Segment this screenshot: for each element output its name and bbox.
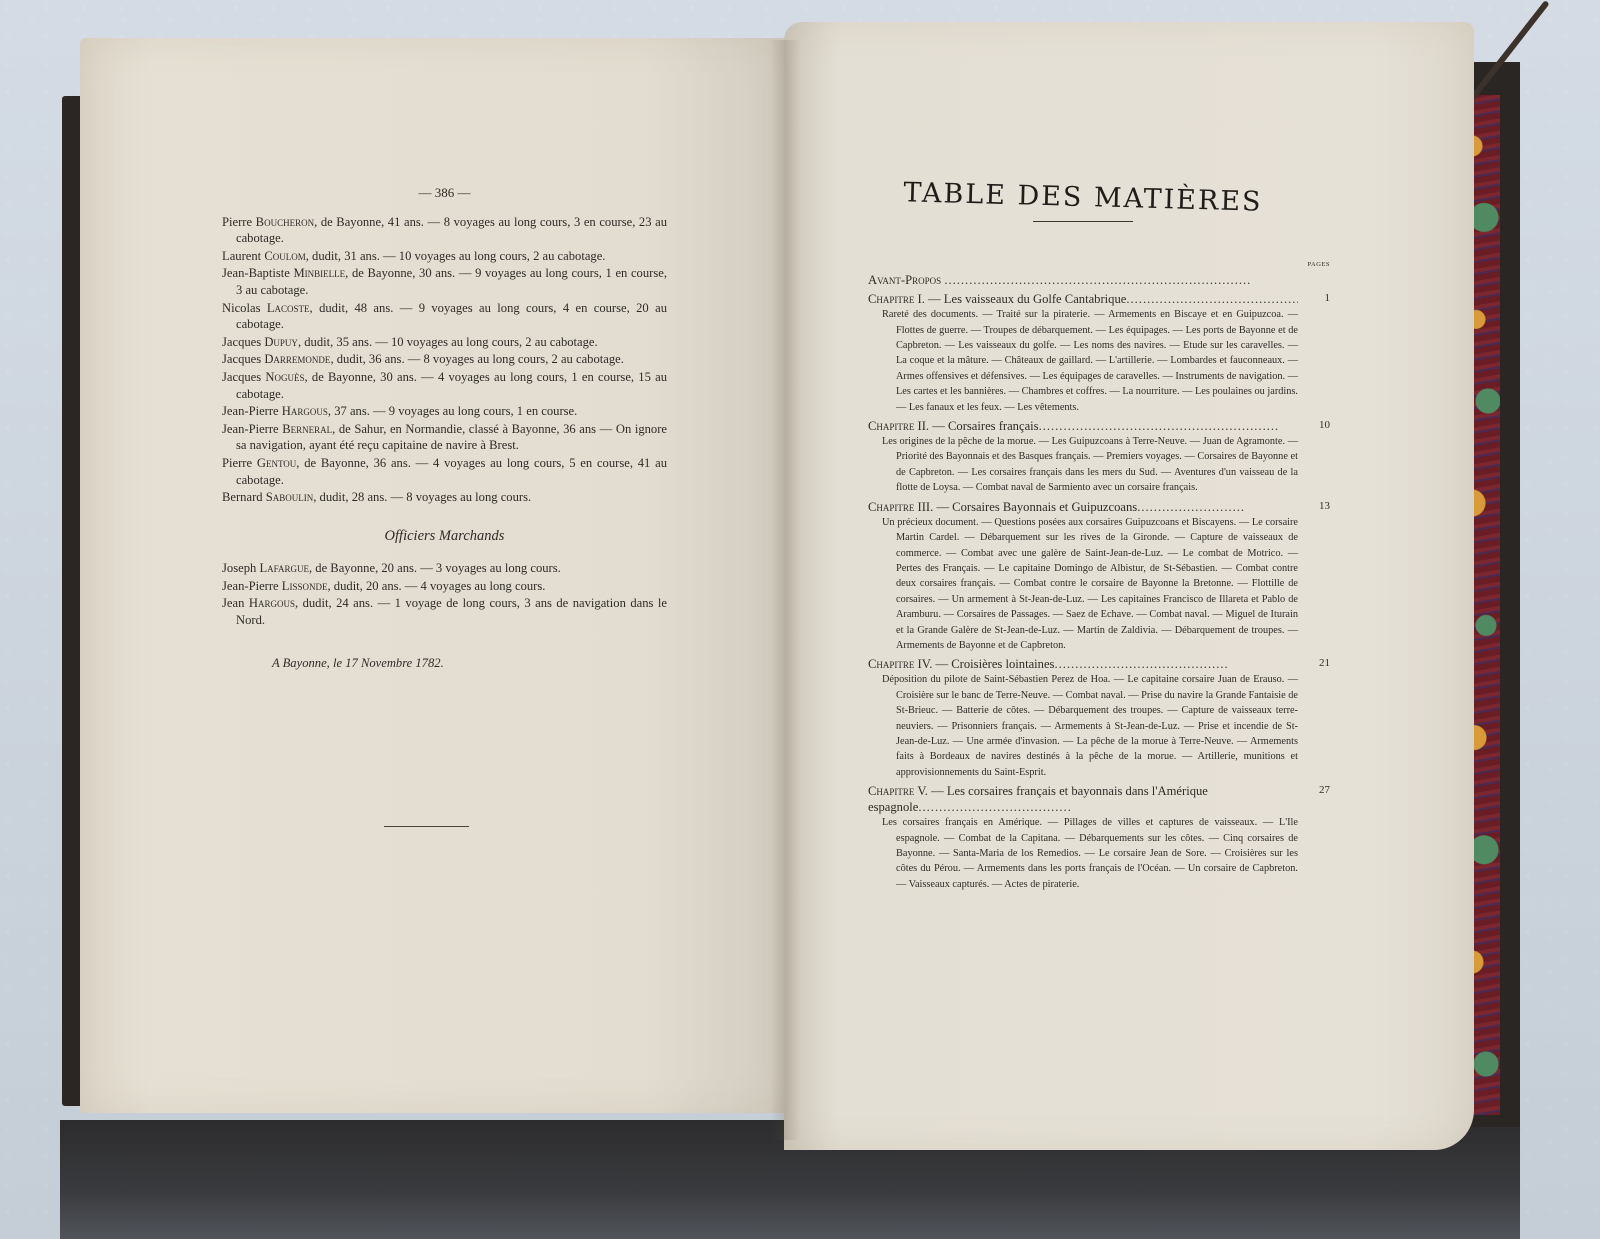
crew-entry: Jacques Noguès, de Bayonne, 30 ans. — 4 …	[222, 369, 667, 402]
toc-description: Rareté des documents. — Traité sur la pi…	[868, 307, 1298, 415]
toc-entry: Chapitre III. — Corsaires Bayonnais et G…	[868, 499, 1298, 654]
crew-entry: Pierre Boucheron, de Bayonne, 41 ans. — …	[222, 214, 667, 247]
toc-entry: Chapitre V. — Les corsaires français et …	[868, 783, 1298, 892]
book-gutter	[770, 40, 800, 1140]
officer-entry: Jean-Pierre Lissonde, dudit, 20 ans. — 4…	[222, 578, 667, 595]
page-title: TABLE DES MATIÈRES	[868, 184, 1298, 211]
page-number: — 386 —	[222, 185, 667, 202]
crew-list: Pierre Boucheron, de Bayonne, 41 ans. — …	[222, 214, 667, 506]
toc-page-number: 10	[1319, 418, 1330, 433]
toc-page-number: 13	[1319, 499, 1330, 514]
crew-entry: Bernard Saboulin, dudit, 28 ans. — 8 voy…	[222, 489, 667, 506]
end-rule	[384, 826, 469, 827]
crew-entry: Pierre Gentou, de Bayonne, 36 ans. — 4 v…	[222, 455, 667, 488]
toc-page-number: 27	[1319, 783, 1330, 798]
crew-entry: Jean-Pierre Berneral, de Sahur, en Norma…	[222, 421, 667, 454]
section-heading: Officiers Marchands	[222, 528, 667, 545]
toc-entry: Chapitre I. — Les vaisseaux du Golfe Can…	[868, 291, 1298, 415]
toc-page-number: 21	[1319, 656, 1330, 671]
toc-entry: Avant-Propos ...........................…	[868, 272, 1298, 288]
officer-entry: Joseph Lafargue, de Bayonne, 20 ans. — 3…	[222, 560, 667, 577]
crew-entry: Jean-Pierre Hargous, 37 ans. — 9 voyages…	[222, 403, 667, 420]
toc-description: Les origines de la pêche de la morue. — …	[868, 434, 1298, 496]
crew-entry: Nicolas Lacoste, dudit, 48 ans. — 9 voya…	[222, 300, 667, 333]
toc-entry: Chapitre II. — Corsaires français.......…	[868, 418, 1298, 496]
officers-list: Joseph Lafargue, de Bayonne, 20 ans. — 3…	[222, 560, 667, 628]
crew-entry: Laurent Coulom, dudit, 31 ans. — 10 voya…	[222, 248, 667, 265]
officer-entry: Jean Hargous, dudit, 24 ans. — 1 voyage …	[222, 595, 667, 628]
dateline: A Bayonne, le 17 Novembre 1782.	[222, 655, 667, 672]
toc-page-number: 1	[1325, 291, 1331, 306]
crew-entry: Jacques Darremonde, dudit, 36 ans. — 8 v…	[222, 351, 667, 368]
right-page-text: TABLE DES MATIÈRES PAGES Avant-Propos ..…	[868, 190, 1298, 895]
toc-description: Les corsaires français en Amérique. — Pi…	[868, 815, 1298, 892]
toc-description: Un précieux document. — Questions posées…	[868, 515, 1298, 654]
crew-entry: Jacques Dupuy, dudit, 35 ans. — 10 voyag…	[222, 334, 667, 351]
crew-entry: Jean-Baptiste Minbielle, de Bayonne, 30 …	[222, 265, 667, 298]
toc-description: Déposition du pilote de Saint-Sébastien …	[868, 672, 1298, 780]
pages-column-header: PAGES	[868, 257, 1330, 272]
toc-entry: Chapitre IV. — Croisières lointaines....…	[868, 656, 1298, 780]
left-page-text: — 386 — Pierre Boucheron, de Bayonne, 41…	[222, 185, 667, 827]
